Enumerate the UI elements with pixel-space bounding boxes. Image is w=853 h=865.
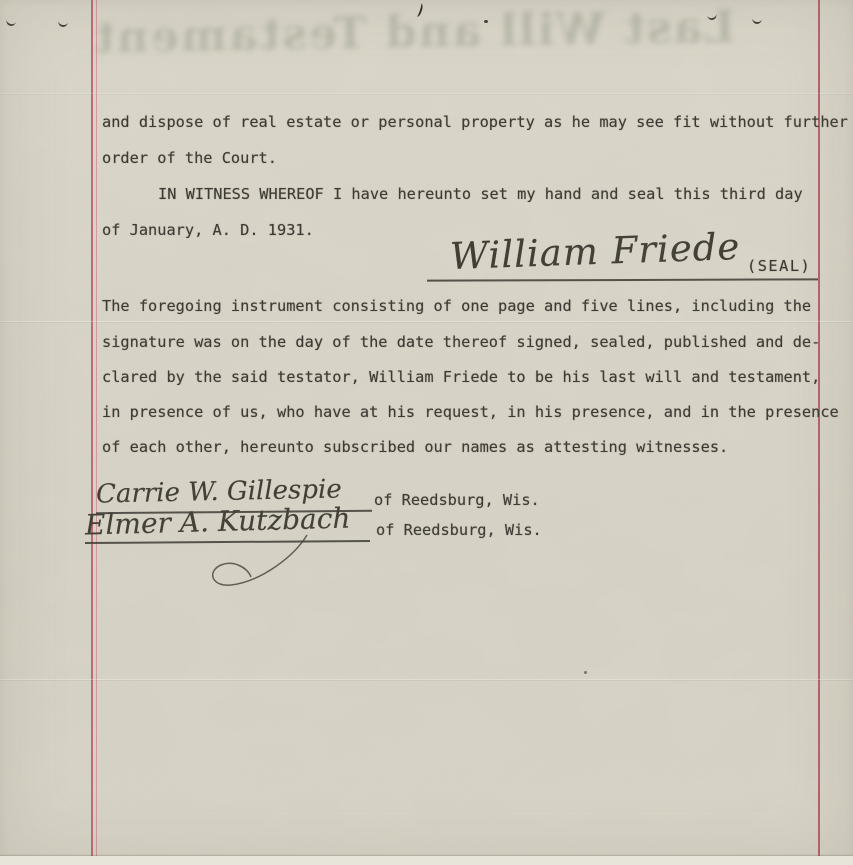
paper-speck xyxy=(584,671,587,674)
left-margin-rule-outer xyxy=(91,0,93,857)
attestation-line-2: signature was on the day of the date the… xyxy=(102,333,820,351)
fastener-mark xyxy=(484,20,488,23)
attestation-line-4: in presence of us, who have at his reque… xyxy=(102,403,839,421)
body-clause-line-1: and dispose of real estate or personal p… xyxy=(102,113,848,131)
testimonium-line-2: of January, A. D. 1931. xyxy=(102,221,314,239)
page-bottom-edge xyxy=(0,856,853,865)
fastener-mark xyxy=(414,2,424,17)
attestation-line-3: clared by the said testator, William Fri… xyxy=(102,368,820,386)
signature-flourish-loop xyxy=(195,533,325,595)
signature-underline xyxy=(427,278,818,281)
attestation-line-1: The foregoing instrument consisting of o… xyxy=(102,297,811,315)
left-margin-rule-inner xyxy=(96,0,97,857)
body-clause-line-2: order of the Court. xyxy=(102,149,277,167)
testator-signature: William Friede xyxy=(449,225,741,278)
seal-label: (SEAL) xyxy=(747,257,811,275)
witness-1-residence: of Reedsburg, Wis. xyxy=(374,491,540,509)
bleed-through-heading: Last Will and Testament xyxy=(215,1,736,61)
scanned-will-document-page: Last Will and Testament and dispose of r… xyxy=(0,0,853,865)
fastener-mark xyxy=(57,18,68,27)
fold-crease-top xyxy=(0,93,853,95)
fastener-mark xyxy=(706,11,717,21)
fold-crease-middle xyxy=(0,321,853,323)
fold-crease-lower xyxy=(0,679,853,681)
attestation-line-5: of each other, hereunto subscribed our n… xyxy=(102,438,728,456)
witness-2-residence: of Reedsburg, Wis. xyxy=(376,521,542,539)
fastener-mark xyxy=(752,15,763,24)
testimonium-line-1: IN WITNESS WHEREOF I have hereunto set m… xyxy=(158,185,803,203)
fastener-mark xyxy=(5,17,17,27)
